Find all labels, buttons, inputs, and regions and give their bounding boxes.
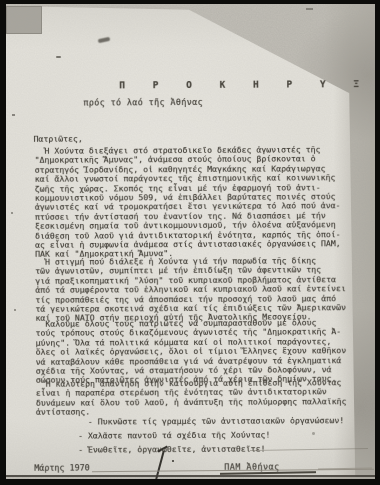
footer-date: Μάρτης 1970 [34, 463, 90, 473]
paragraph-2: Ἡ στιγμή πού διάλεξε ἡ Χούντα γιά τήν πα… [35, 256, 346, 323]
paragraph-1: Ἡ Χούντα διεξάγει στό στρατοδικεῖο δεκάδ… [35, 145, 341, 259]
paragraph-3: Καλοῦμε ὅλους τούς πατριῶτες νά συμπαρασ… [35, 318, 346, 385]
photo-backing: Π Ρ Ο Κ Η Ρ Υ Ξ Η πρός τό λαό τῆς Ἀθήνας… [6, 4, 375, 479]
slogan-list: - Πυκνῶστε τίς γραμμές τῶν ἀντιστασιακῶν… [78, 413, 344, 457]
document-subtitle: πρός τό λαό τῆς Ἀθήνας [83, 97, 203, 108]
handwritten-check-dot [172, 460, 174, 462]
screenshot-root: Π Ρ Ο Κ Η Ρ Υ Ξ Η πρός τό λαό τῆς Ἀθήνας… [0, 0, 380, 485]
typed-content: Π Ρ Ο Κ Η Ρ Υ Ξ Η πρός τό λαό τῆς Ἀθήνας… [6, 4, 375, 479]
salutation: Πατριῶτες, [33, 134, 82, 144]
document-title: Π Ρ Ο Κ Η Ρ Υ Ξ Η [119, 79, 375, 91]
paragraph-4: Ἡ καλύτερη ἀπάντηση στήν καινούργια αὐτή… [36, 378, 347, 417]
photo-frame: Π Ρ Ο Κ Η Ρ Υ Ξ Η πρός τό λαό τῆς Ἀθήνας… [0, 0, 380, 485]
photo-bottom-edge-line [6, 475, 375, 477]
